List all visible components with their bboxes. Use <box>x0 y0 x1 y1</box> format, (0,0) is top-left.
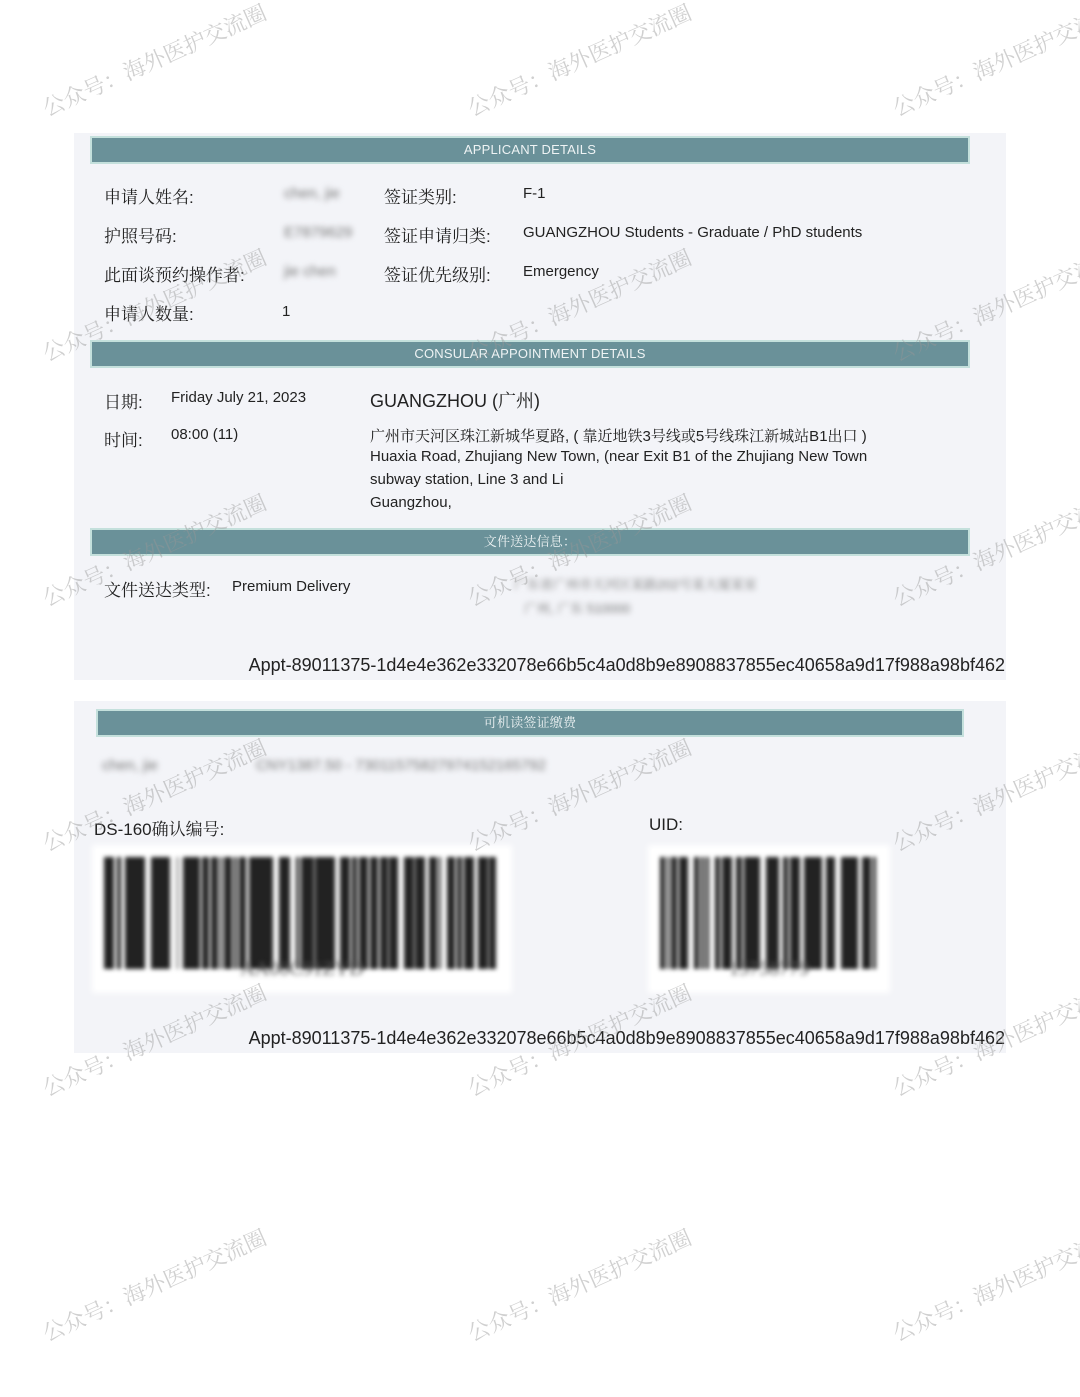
appointment-details-panel: APPLICANT DETAILS 申请人姓名: chen, jie 护照号码:… <box>74 133 1006 680</box>
document-delivery-header: 文件送达信息： <box>90 528 970 556</box>
watermark-text: 公众号：海外医护交流圈 <box>887 1221 1080 1348</box>
uid-label: UID: <box>649 815 683 835</box>
consulate-address-line-4: Guangzhou, <box>370 494 452 511</box>
ds160-barcode: AA00C91ZYD <box>96 849 508 989</box>
delivery-type-label: 文件送达类型: <box>104 576 211 601</box>
applicant-details-header: APPLICANT DETAILS <box>90 136 970 164</box>
barcode-bars <box>660 857 878 969</box>
fee-receipt: CNY1387.50 - 73011575827974152165792 <box>256 757 546 774</box>
delivery-type-value: Premium Delivery <box>232 578 350 595</box>
visa-priority-label: 签证优先级别: <box>384 261 491 286</box>
operator-label: 此面谈预约操作者: <box>104 261 245 286</box>
watermark-text: 公众号：海外医护交流圈 <box>462 1221 696 1348</box>
visa-priority-value: Emergency <box>523 263 599 280</box>
date-value: Friday July 21, 2023 <box>171 389 306 406</box>
visa-type-value: F-1 <box>523 185 546 202</box>
passport-label: 护照号码: <box>104 222 177 247</box>
applicant-name-label: 申请人姓名: <box>104 183 194 208</box>
watermark-text: 公众号：海外医护交流圈 <box>887 0 1080 123</box>
watermark-text: 公众号：海外医护交流圈 <box>37 0 271 123</box>
operator-value: jie chen <box>284 263 336 280</box>
appointment-id: Appt-89011375-1d4e4e362e332078e66b5c4a0d… <box>249 655 1005 676</box>
consulate-address-line-1: 广州市天河区珠江新城华夏路, ( 靠近地铁3号线或5号线珠江新城站B1出口 ) <box>370 425 867 446</box>
barcode-bars <box>104 857 500 969</box>
consular-appointment-header: CONSULAR APPOINTMENT DETAILS <box>90 340 970 368</box>
applicant-count-label: 申请人数量: <box>104 300 194 325</box>
date-label: 日期: <box>104 388 143 413</box>
time-label: 时间: <box>104 426 143 451</box>
applicant-name-value: chen, jie <box>284 185 340 202</box>
appointment-id-footer: Appt-89011375-1d4e4e362e332078e66b5c4a0d… <box>249 1028 1005 1049</box>
watermark-text: 公众号：海外医护交流圈 <box>462 0 696 123</box>
applicant-count-value: 1 <box>282 303 290 320</box>
consulate-address-line-3: subway station, Line 3 and Li <box>370 471 563 488</box>
uid-barcode: 15758779 <box>652 849 886 989</box>
passport-value: E7879629 <box>284 224 352 241</box>
mrv-fee-panel: 可机读签证缴费 chen, jie CNY1387.50 - 730115758… <box>74 701 1006 1053</box>
ds160-barcode-text: AA00C91ZYD <box>96 958 508 981</box>
visa-category-value: GUANGZHOU Students - Graduate / PhD stud… <box>523 224 862 241</box>
ds160-label: DS-160确认编号: <box>94 815 224 840</box>
time-value: 08:00 (11) <box>171 426 238 443</box>
visa-category-label: 签证申请归类: <box>384 222 491 247</box>
delivery-address-line-2: 广州, 广东 510000 <box>524 598 630 617</box>
visa-type-label: 签证类别: <box>384 183 457 208</box>
consulate-address-line-2: Huaxia Road, Zhujiang New Town, (near Ex… <box>370 448 867 465</box>
watermark-text: 公众号：海外医护交流圈 <box>37 1221 271 1348</box>
mrv-fee-header: 可机读签证缴费 <box>96 709 964 737</box>
consulate-location: GUANGZHOU (广州) <box>370 387 540 413</box>
delivery-address-line-1: 广东省广州市天河区某路202号某大厦某室 <box>514 574 757 593</box>
payer-name: chen, jie <box>102 757 158 774</box>
uid-barcode-text: 15758779 <box>652 958 886 981</box>
